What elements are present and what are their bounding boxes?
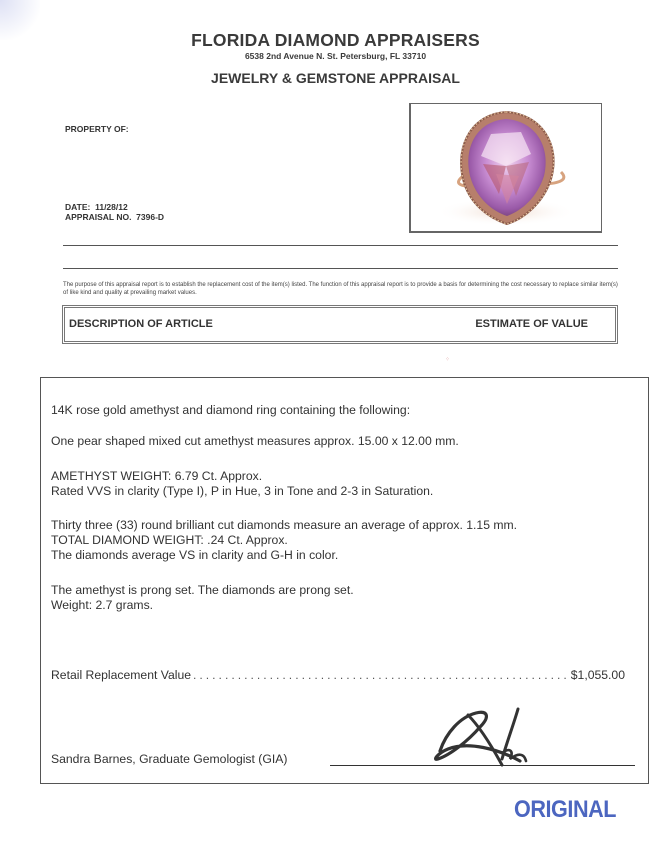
- description-line: The diamonds average VS in clarity and G…: [51, 548, 338, 563]
- description-header-box: DESCRIPTION OF ARTICLE ESTIMATE OF VALUE: [62, 305, 618, 344]
- company-address: 6538 2nd Avenue N. St. Petersburg, FL 33…: [0, 51, 671, 61]
- retail-replacement-value-row: Retail Replacement Value ...............…: [51, 668, 625, 682]
- date-field: DATE: 11/28/12: [65, 202, 128, 212]
- estimate-column-header: ESTIMATE OF VALUE: [475, 318, 588, 330]
- description-line: 14K rose gold amethyst and diamond ring …: [51, 403, 410, 418]
- company-name: FLORIDA DIAMOND APPRAISERS: [0, 30, 671, 51]
- property-of-label: PROPERTY OF:: [65, 124, 129, 134]
- description-line: Thirty three (33) round brilliant cut di…: [51, 518, 517, 533]
- date-label: DATE:: [65, 202, 90, 212]
- description-line: The amethyst is prong set. The diamonds …: [51, 583, 354, 598]
- property-line-1: [63, 245, 618, 246]
- appraisal-number-value: 7396-D: [136, 212, 164, 222]
- property-line-2: [63, 268, 618, 269]
- amethyst-ring-image: [411, 104, 601, 231]
- appraisal-number-label: APPRAISAL NO.: [65, 212, 131, 222]
- date-value: 11/28/12: [95, 202, 128, 212]
- purpose-statement: The purpose of this appraisal report is …: [63, 281, 623, 297]
- retail-value-amount: $1,055.00: [571, 668, 625, 682]
- document-title: JEWELRY & GEMSTONE APPRAISAL: [0, 70, 671, 86]
- description-column-header: DESCRIPTION OF ARTICLE: [69, 318, 213, 330]
- original-stamp: ORIGINAL: [514, 796, 616, 824]
- appraiser-signature-label: Sandra Barnes, Graduate Gemologist (GIA): [51, 752, 287, 766]
- dot-leader: ........................................…: [193, 668, 569, 682]
- retail-value-label: Retail Replacement Value: [51, 668, 191, 682]
- description-line: Rated VVS in clarity (Type I), P in Hue,…: [51, 484, 433, 499]
- description-line: One pear shaped mixed cut amethyst measu…: [51, 434, 459, 449]
- signature-line: [330, 765, 635, 766]
- description-line: AMETHYST WEIGHT: 6.79 Ct. Approx.: [51, 469, 262, 484]
- scan-speck: ⁘: [445, 356, 450, 361]
- description-line: TOTAL DIAMOND WEIGHT: .24 Ct. Approx.: [51, 533, 288, 548]
- signature-icon: [428, 703, 538, 771]
- description-line: Weight: 2.7 grams.: [51, 598, 153, 613]
- appraisal-number-field: APPRAISAL NO. 7396-D: [65, 212, 164, 222]
- ring-photo: [409, 103, 602, 233]
